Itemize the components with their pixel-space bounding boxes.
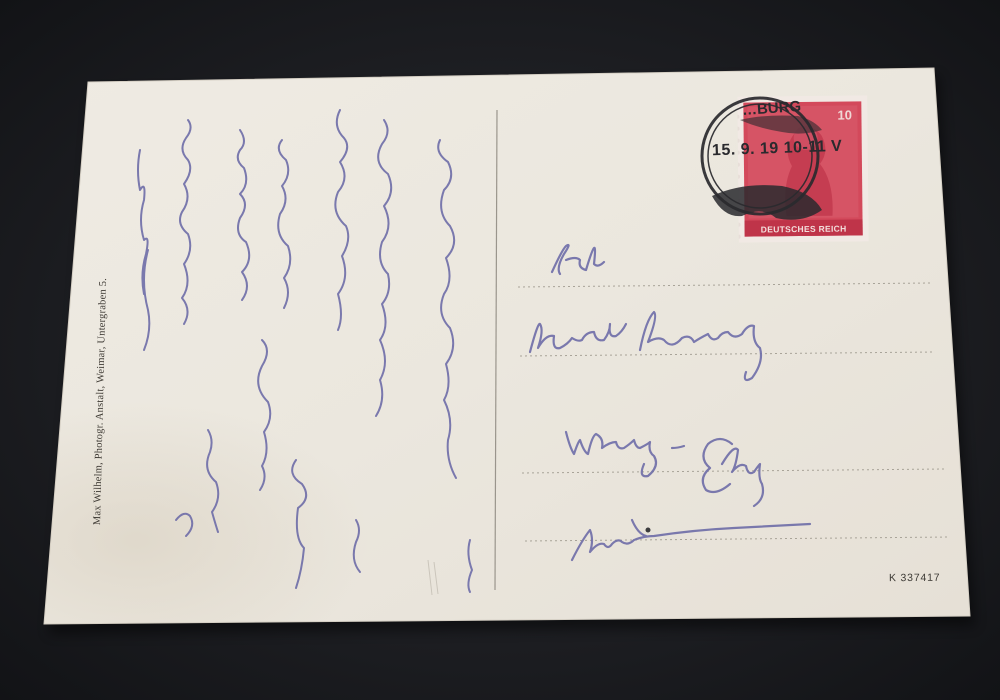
postcard: 10 DEUTSCHES REICH …BURG 15. 9. 19 10-11… [0, 0, 1000, 700]
stamp-country: DEUTSCHES REICH [749, 223, 859, 234]
serial-number: K 337417 [889, 572, 940, 584]
stamp-value: 10 [837, 107, 852, 122]
